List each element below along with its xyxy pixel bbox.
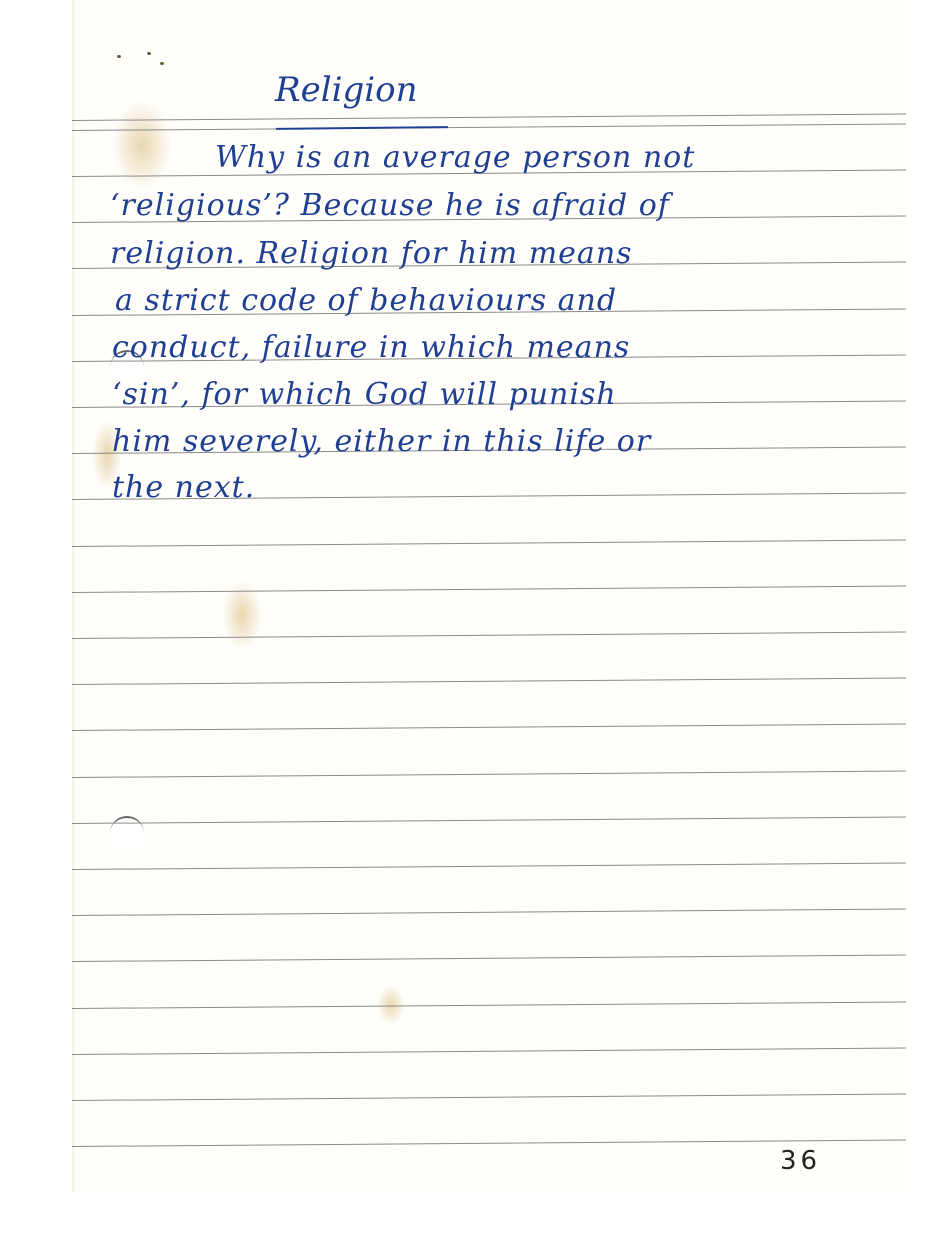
page-title: Religion [275, 70, 417, 110]
text-line: the next. [112, 470, 255, 505]
text-line: Why is an average person not [215, 140, 695, 175]
ruled-line [72, 770, 906, 778]
ink-speck [117, 55, 121, 58]
ruled-line [72, 724, 906, 732]
ink-speck [147, 52, 151, 55]
ruled-line [72, 909, 906, 917]
text-line: ‘sin’, for which God will punish [112, 377, 617, 412]
ink-speck [160, 62, 164, 65]
punch-hole [110, 816, 144, 850]
ruled-line [72, 631, 906, 639]
ruled-line [72, 862, 906, 870]
ruled-line [72, 955, 906, 963]
text-line: conduct, failure in which means [112, 330, 630, 365]
ruled-line [72, 123, 906, 131]
page-number: 36 [780, 1146, 821, 1176]
ruled-line [72, 1047, 906, 1055]
ruled-line [72, 113, 906, 121]
text-line: ‘religious’? Because he is afraid of [110, 188, 670, 223]
ruled-line [72, 678, 906, 686]
notebook-page [72, 0, 906, 1192]
ruled-line [72, 1001, 906, 1009]
text-line: a strict code of behaviours and [115, 283, 617, 318]
ruled-line [72, 816, 906, 824]
ruled-line [72, 1093, 906, 1101]
ruled-line [72, 539, 906, 547]
text-line: religion. Religion for him means [110, 236, 633, 271]
text-line: him severely, either in this life or [112, 424, 651, 459]
ruled-line [72, 585, 906, 593]
